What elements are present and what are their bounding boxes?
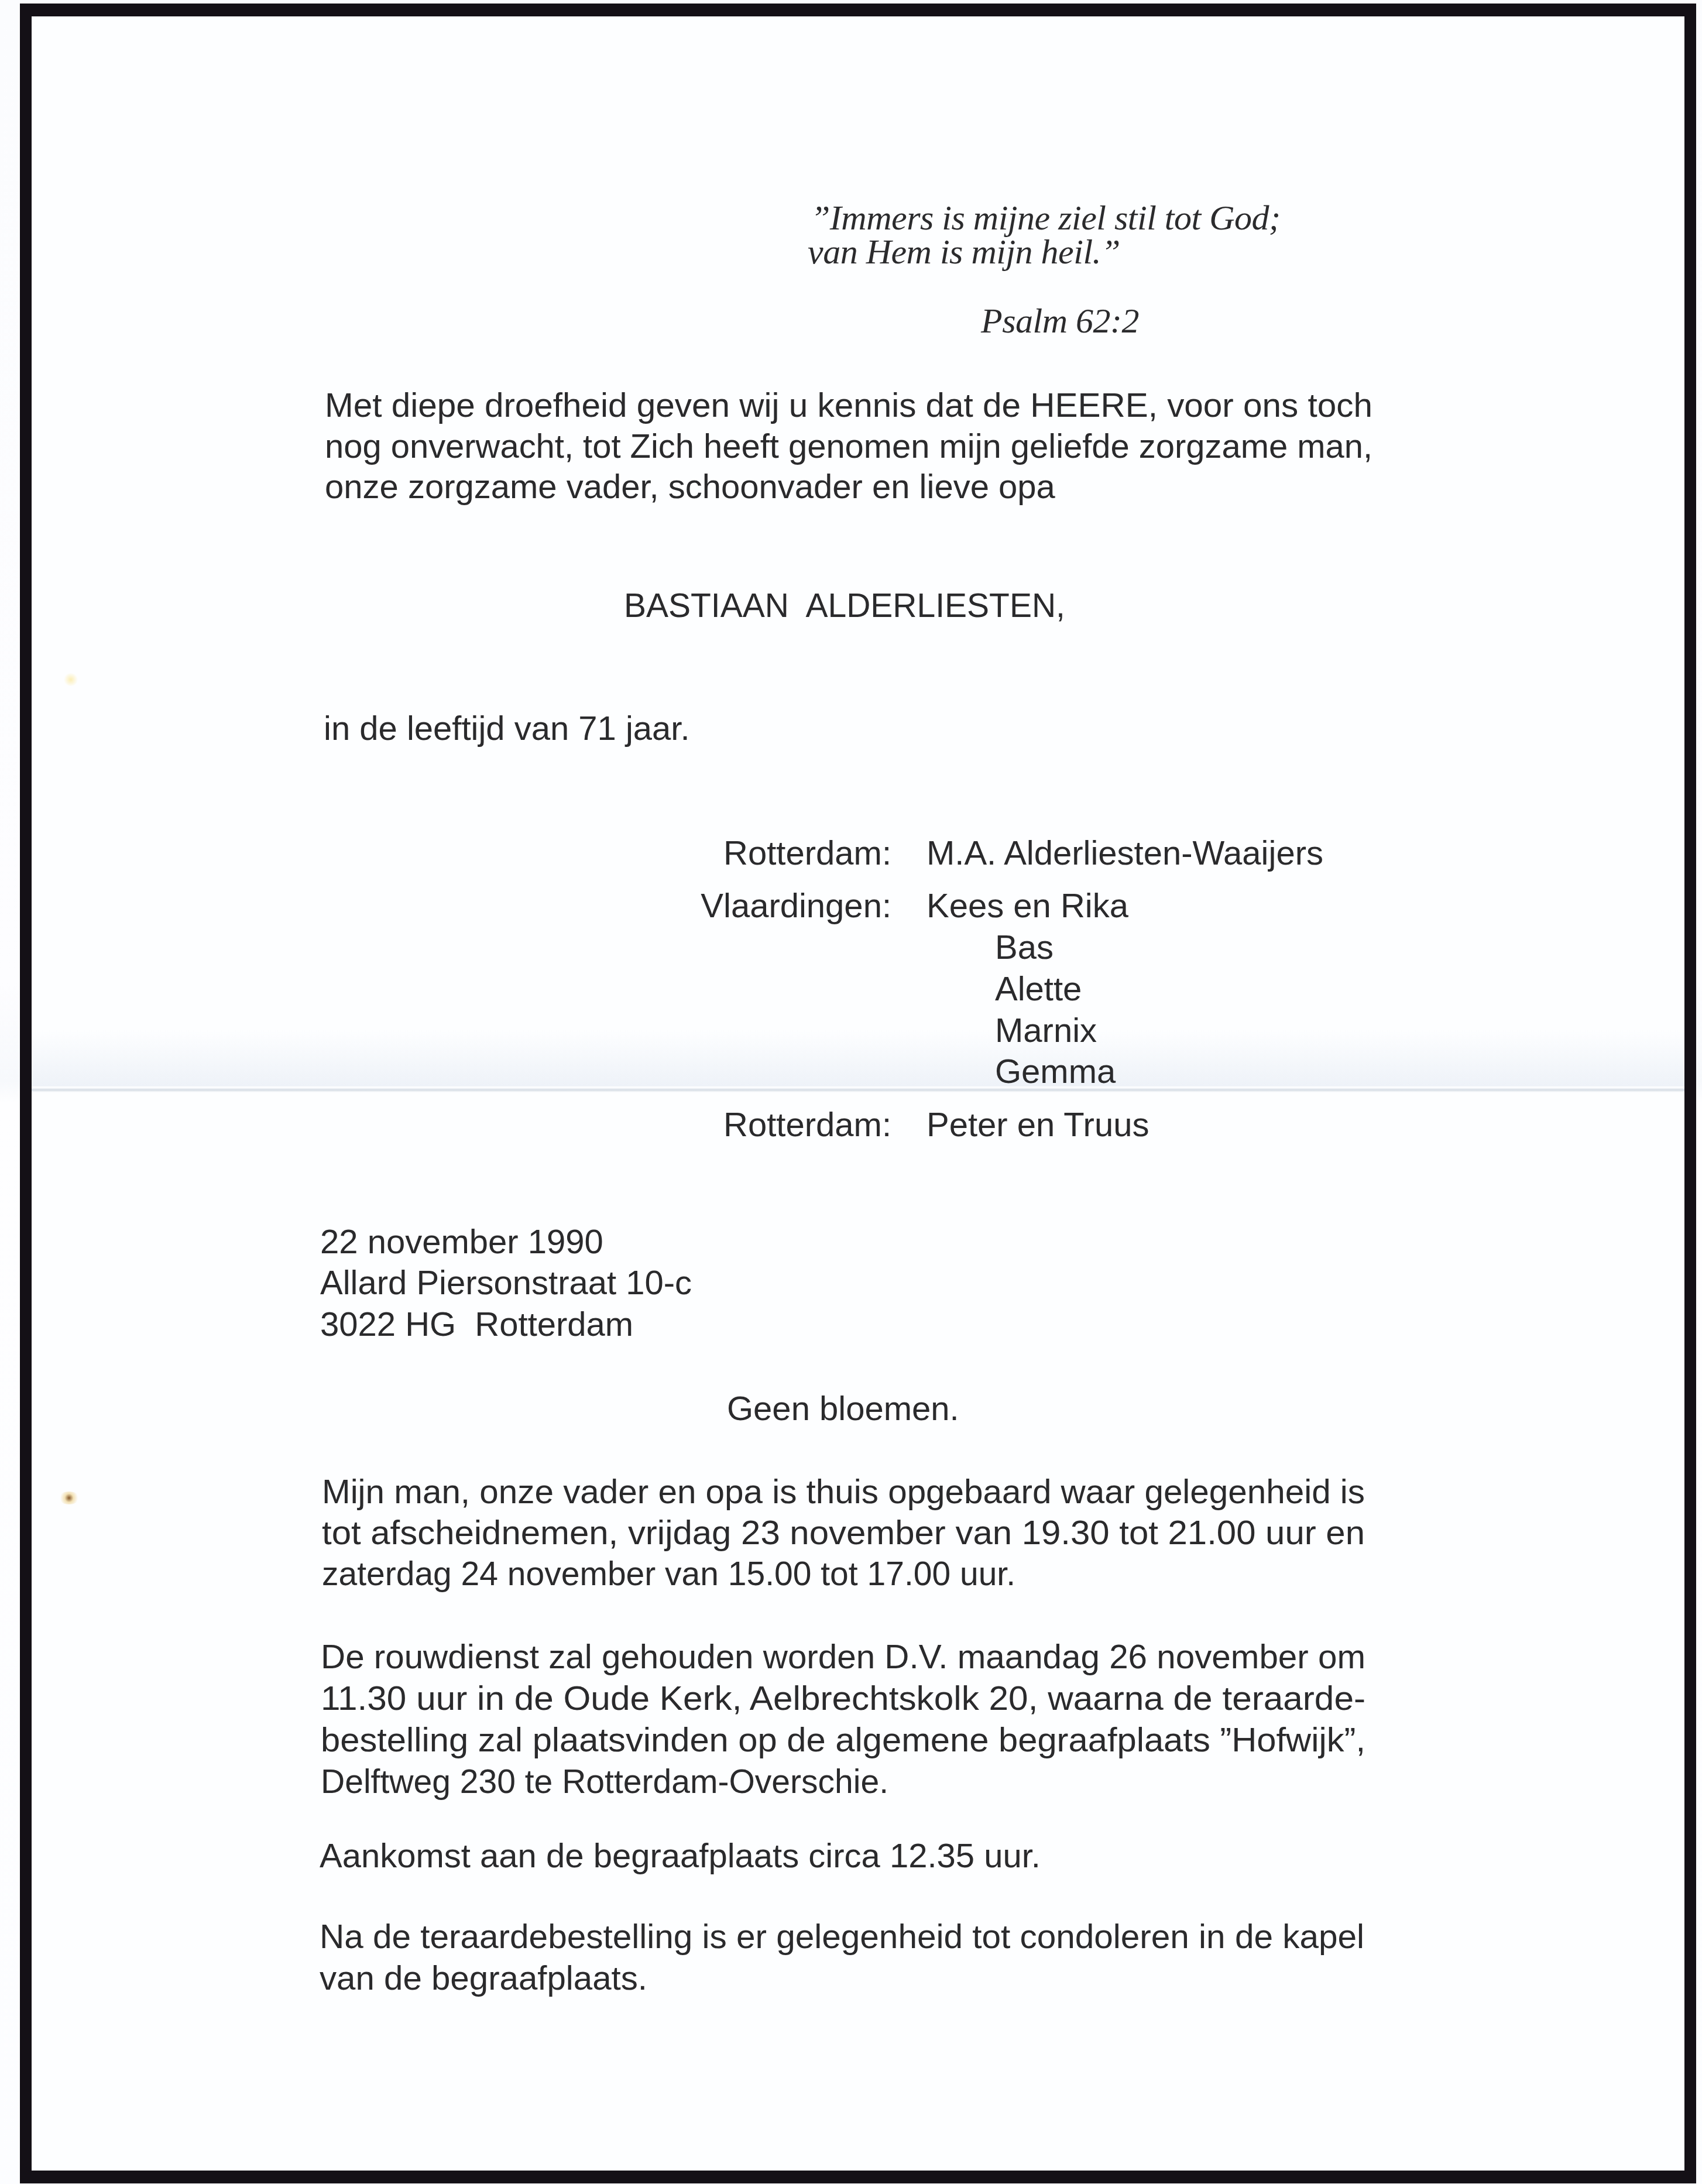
quote-line-1: ”Immers is mijne ziel stil tot God; [811,200,1281,235]
family-names: Kees en Rika [927,889,1128,923]
quote-reference: Psalm 62:2 [981,303,1139,338]
city-line: 3022 HG Rotterdam [320,1308,633,1342]
deceased-name: BASTIAAN ALDERLIESTEN, [624,589,1065,623]
fold-line [32,1088,1684,1092]
paper-stain [63,673,78,686]
paper-stain [59,1492,80,1504]
family-names: Peter en Truus [927,1108,1149,1142]
arrival-line: Aankomst aan de begraafplaats circa 12.3… [320,1839,1041,1873]
family-place: Rotterdam: [599,1108,891,1142]
family-place: Vlaardingen: [599,889,891,923]
family-names: M.A. Alderliesten-Waaijers [927,836,1323,870]
family-names: Marnix [995,1014,1097,1048]
viewing-line: zaterdag 24 november van 15.00 tot 17.00… [322,1557,1015,1591]
announcement-line: onze zorgzame vader, schoonvader en liev… [325,470,1055,504]
announcement-line: nog onverwacht, tot Zich heeft genomen m… [325,430,1372,464]
date-line: 22 november 1990 [320,1225,603,1259]
family-names: Alette [995,972,1082,1006]
service-line: bestelling zal plaatsvinden op de algeme… [321,1723,1365,1757]
age-line: in de leeftijd van 71 jaar. [324,712,690,746]
fold-shadow [32,1030,1684,1086]
family-place: Rotterdam: [599,836,891,870]
viewing-line: Mijn man, onze vader en opa is thuis opg… [322,1475,1365,1509]
condolence-line: Na de teraardebestelling is er gelegenhe… [320,1920,1364,1954]
no-flowers-note: Geen bloemen. [727,1392,959,1426]
service-line: Delftweg 230 te Rotterdam-Overschie. [321,1765,888,1799]
condolence-line: van de begraafplaats. [320,1962,647,1996]
quote-line-2: van Hem is mijn heil.” [808,234,1120,269]
street-line: Allard Piersonstraat 10-c [320,1266,692,1300]
service-line: 11.30 uur in de Oude Kerk, Aelbrechtskol… [321,1682,1365,1716]
family-names: Bas [995,931,1054,965]
service-line: De rouwdienst zal gehouden worden D.V. m… [321,1640,1365,1674]
viewing-line: tot afscheidnemen, vrijdag 23 november v… [322,1516,1365,1550]
announcement-line: Met diepe droefheid geven wij u kennis d… [325,389,1372,423]
family-names: Gemma [995,1055,1116,1089]
